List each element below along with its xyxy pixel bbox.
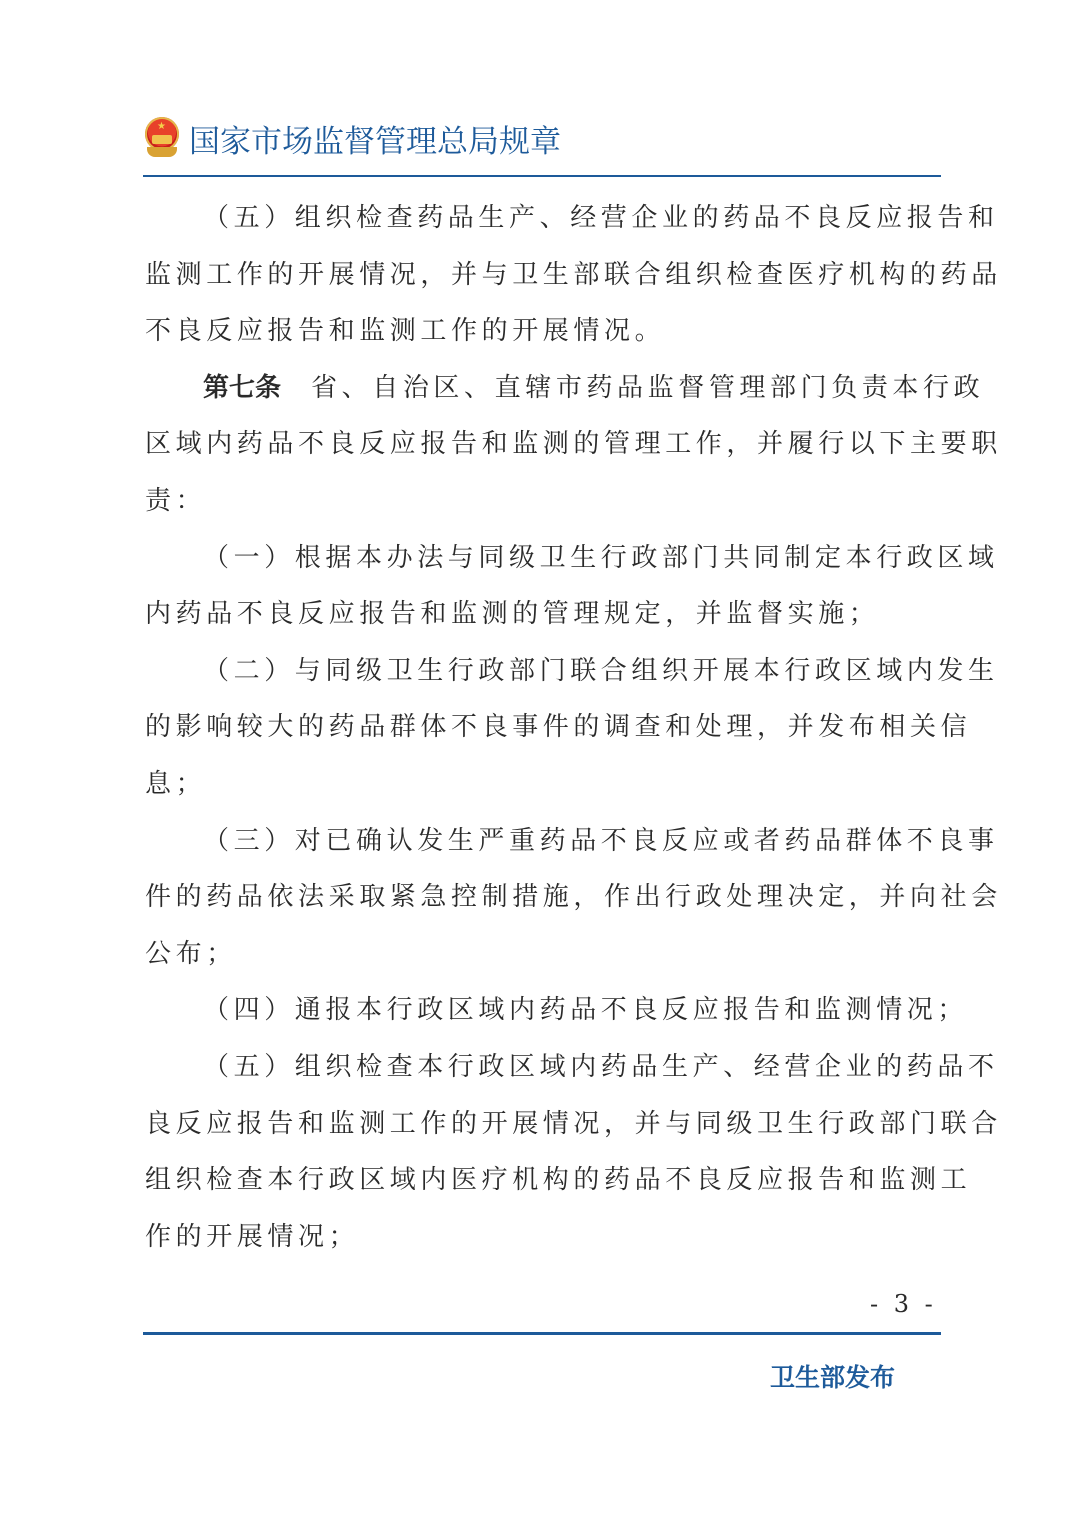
paragraph-line: 的影响较大的药品群体不良事件的调查和处理，并发布相关信 — [145, 699, 940, 756]
paragraph-text: 省、自治区、直辖市药品监督管理部门负责本行政 — [311, 373, 984, 403]
national-emblem-icon: ★ — [143, 117, 181, 159]
paragraph-line: 作的开展情况； — [145, 1209, 940, 1266]
paragraph-line: 息； — [145, 756, 940, 813]
paragraph-line: 公布； — [145, 926, 940, 983]
header-title: 国家市场监督管理总局规章 — [189, 116, 561, 161]
paragraph-line: （三）对已确认发生严重药品不良反应或者药品群体不良事 — [145, 813, 940, 870]
publisher-label: 卫生部发布 — [770, 1358, 895, 1394]
footer-divider — [143, 1332, 941, 1335]
paragraph-line: （四）通报本行政区域内药品不良反应报告和监测情况； — [145, 982, 940, 1039]
header-divider — [143, 175, 941, 177]
paragraph-line: （五）组织检查药品生产、经营企业的药品不良反应报告和 — [145, 190, 940, 247]
paragraph-line: 件的药品依法采取紧急控制措施，作出行政处理决定，并向社会 — [145, 869, 940, 926]
paragraph-line: 内药品不良反应报告和监测的管理规定，并监督实施； — [145, 586, 940, 643]
paragraph-line: 责： — [145, 473, 940, 530]
paragraph-line: 监测工作的开展情况，并与卫生部联合组织检查医疗机构的药品 — [145, 247, 940, 304]
paragraph-line: 区域内药品不良反应报告和监测的管理工作，并履行以下主要职 — [145, 416, 940, 473]
page-number: - 3 - — [870, 1290, 937, 1318]
paragraph-line: 良反应报告和监测工作的开展情况，并与同级卫生行政部门联合 — [145, 1096, 940, 1153]
paragraph-line: （一）根据本办法与同级卫生行政部门共同制定本行政区域 — [145, 530, 940, 587]
document-header: ★ 国家市场监督管理总局规章 — [143, 116, 561, 160]
paragraph-line: （五）组织检查本行政区域内药品生产、经营企业的药品不 — [145, 1039, 940, 1096]
article-label: 第七条 — [203, 373, 281, 403]
paragraph-line: 不良反应报告和监测工作的开展情况。 — [145, 303, 940, 360]
paragraph-line: （二）与同级卫生行政部门联合组织开展本行政区域内发生 — [145, 643, 940, 700]
paragraph-line: 组织检查本行政区域内医疗机构的药品不良反应报告和监测工 — [145, 1152, 940, 1209]
article-heading-line: 第七条省、自治区、直辖市药品监督管理部门负责本行政 — [145, 360, 940, 417]
document-body: （五）组织检查药品生产、经营企业的药品不良反应报告和 监测工作的开展情况，并与卫… — [145, 190, 940, 1265]
